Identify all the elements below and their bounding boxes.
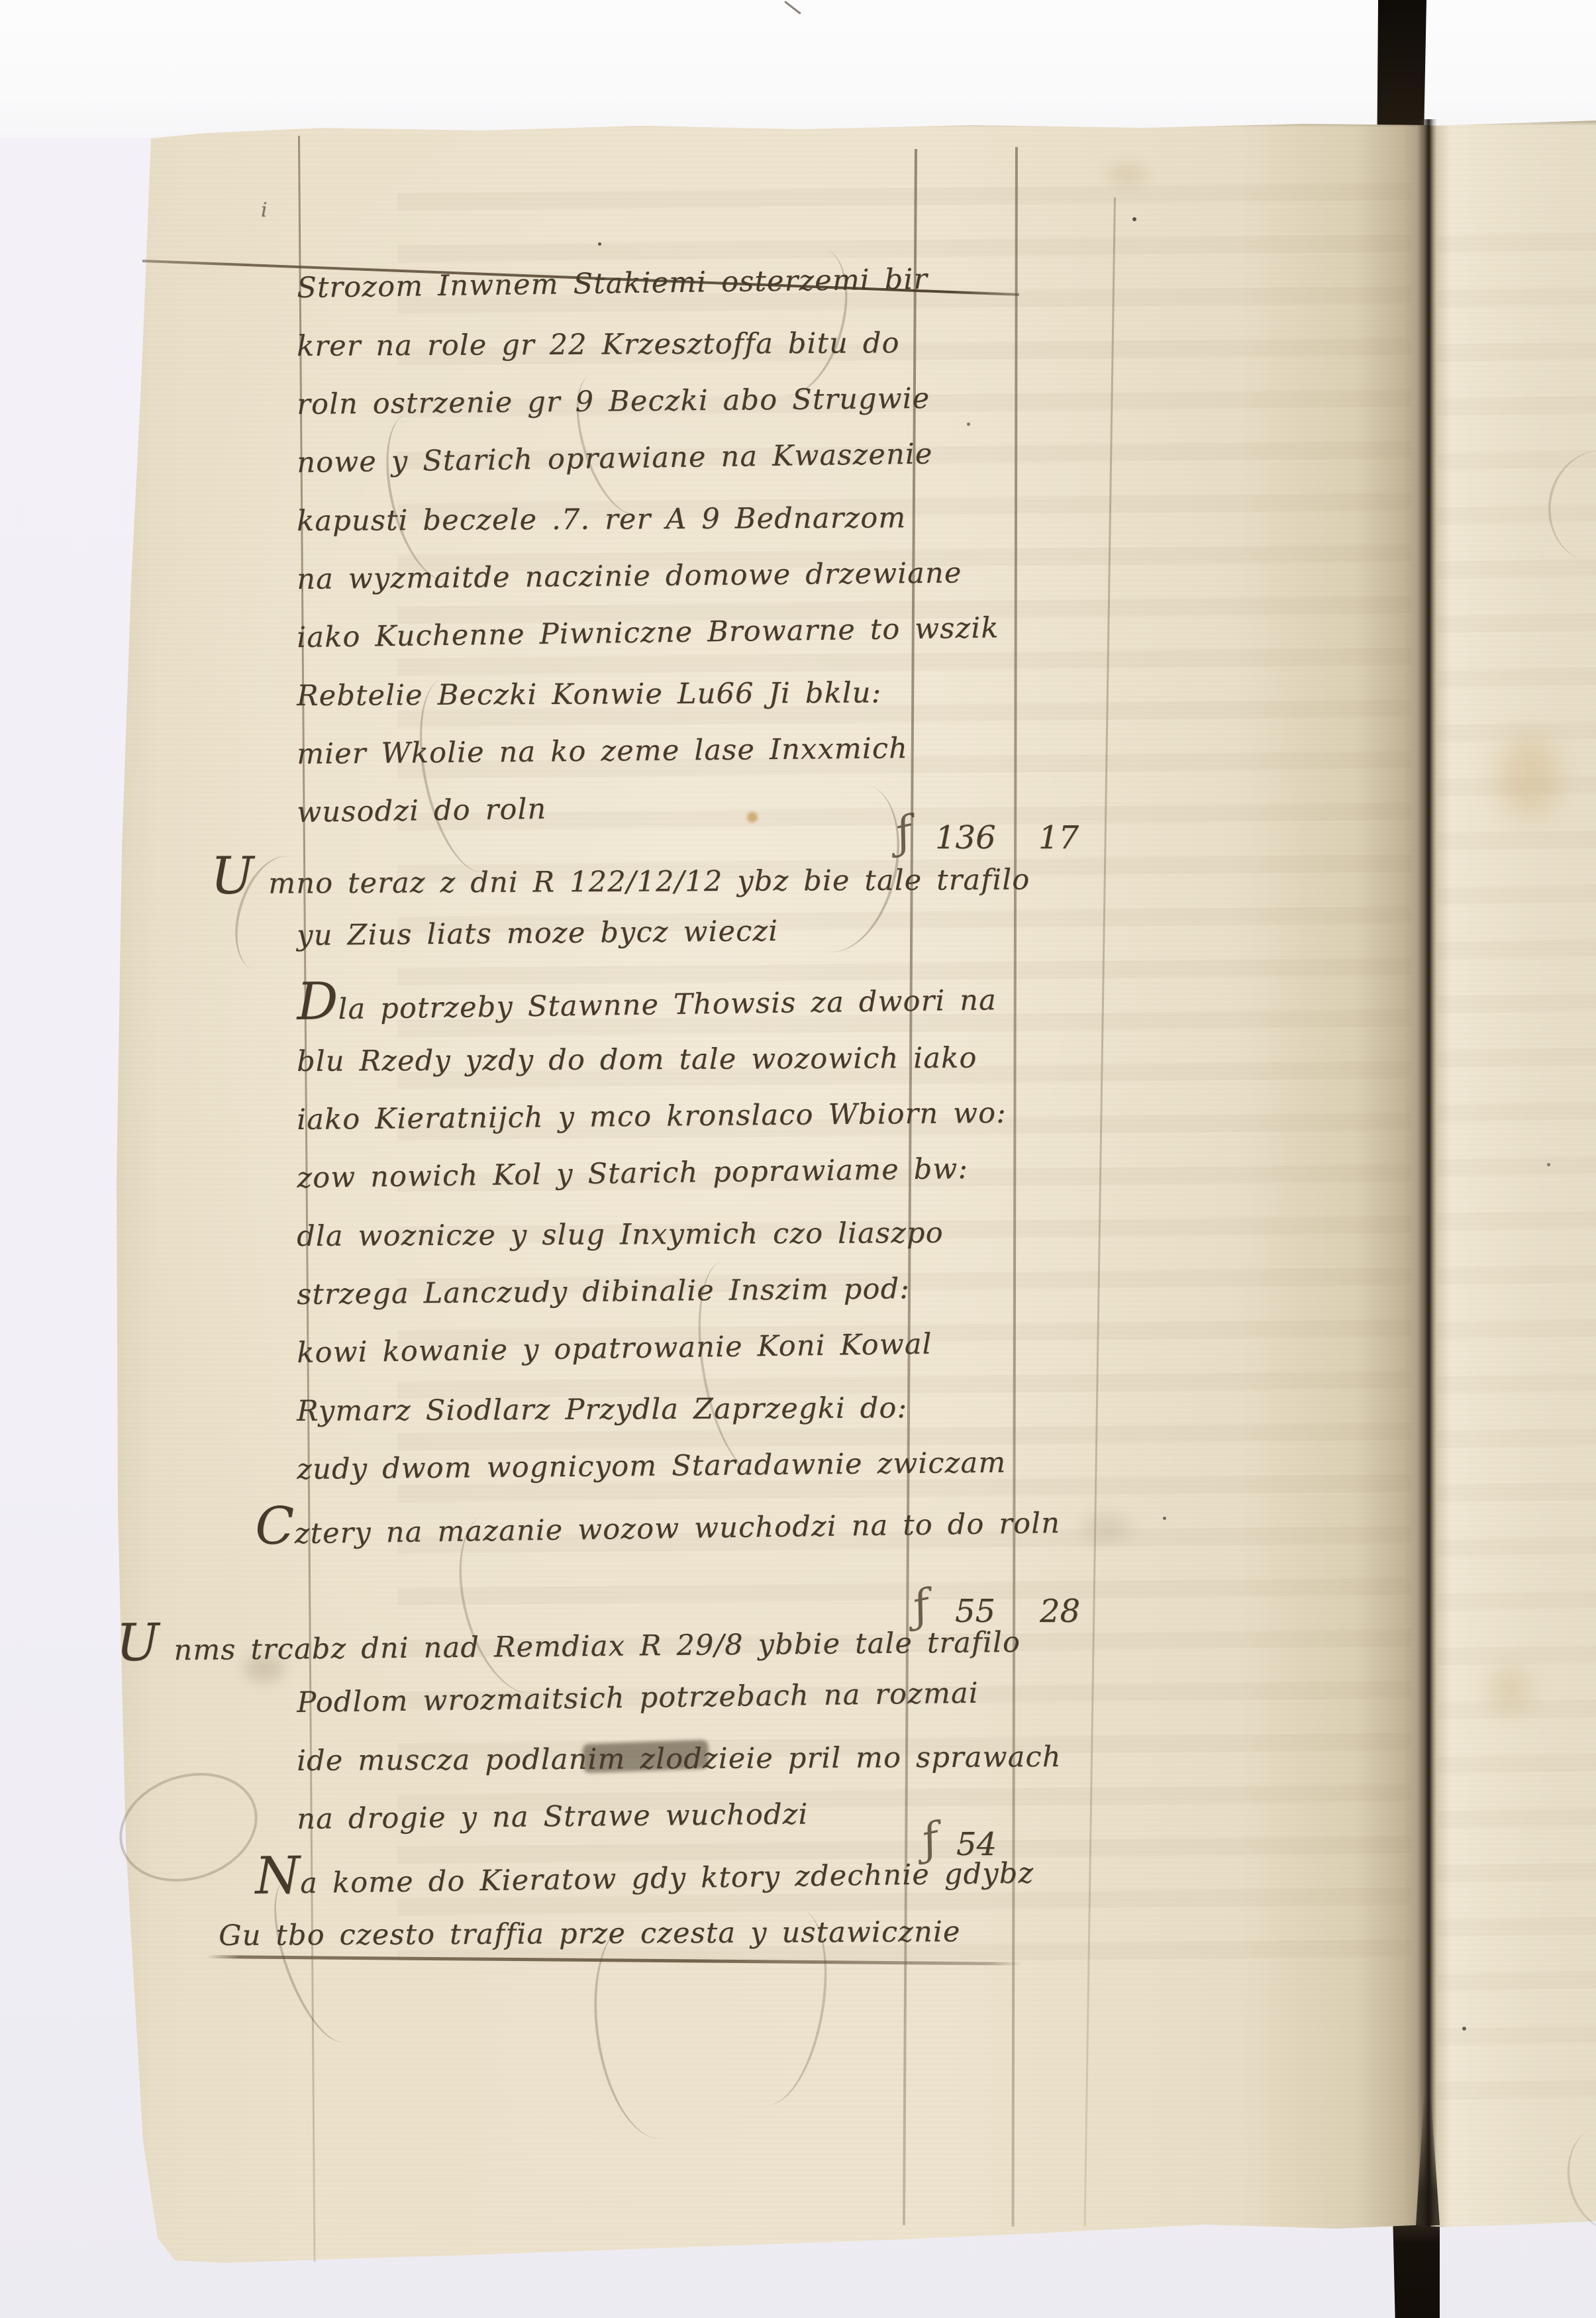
scanned-manuscript-canvas: i Strozom Inwnem Stakiemi osterzemi birk… bbox=[0, 0, 1596, 2318]
bookmark-ribbon-top bbox=[1376, 0, 1426, 131]
binding-gutter-shadow bbox=[1417, 119, 1437, 2227]
manuscript-page bbox=[111, 121, 1430, 2272]
bookmark-ribbon-bottom bbox=[1391, 2211, 1440, 2318]
scanner-top-band bbox=[0, 0, 1596, 138]
facing-page-edge bbox=[1430, 121, 1596, 2227]
